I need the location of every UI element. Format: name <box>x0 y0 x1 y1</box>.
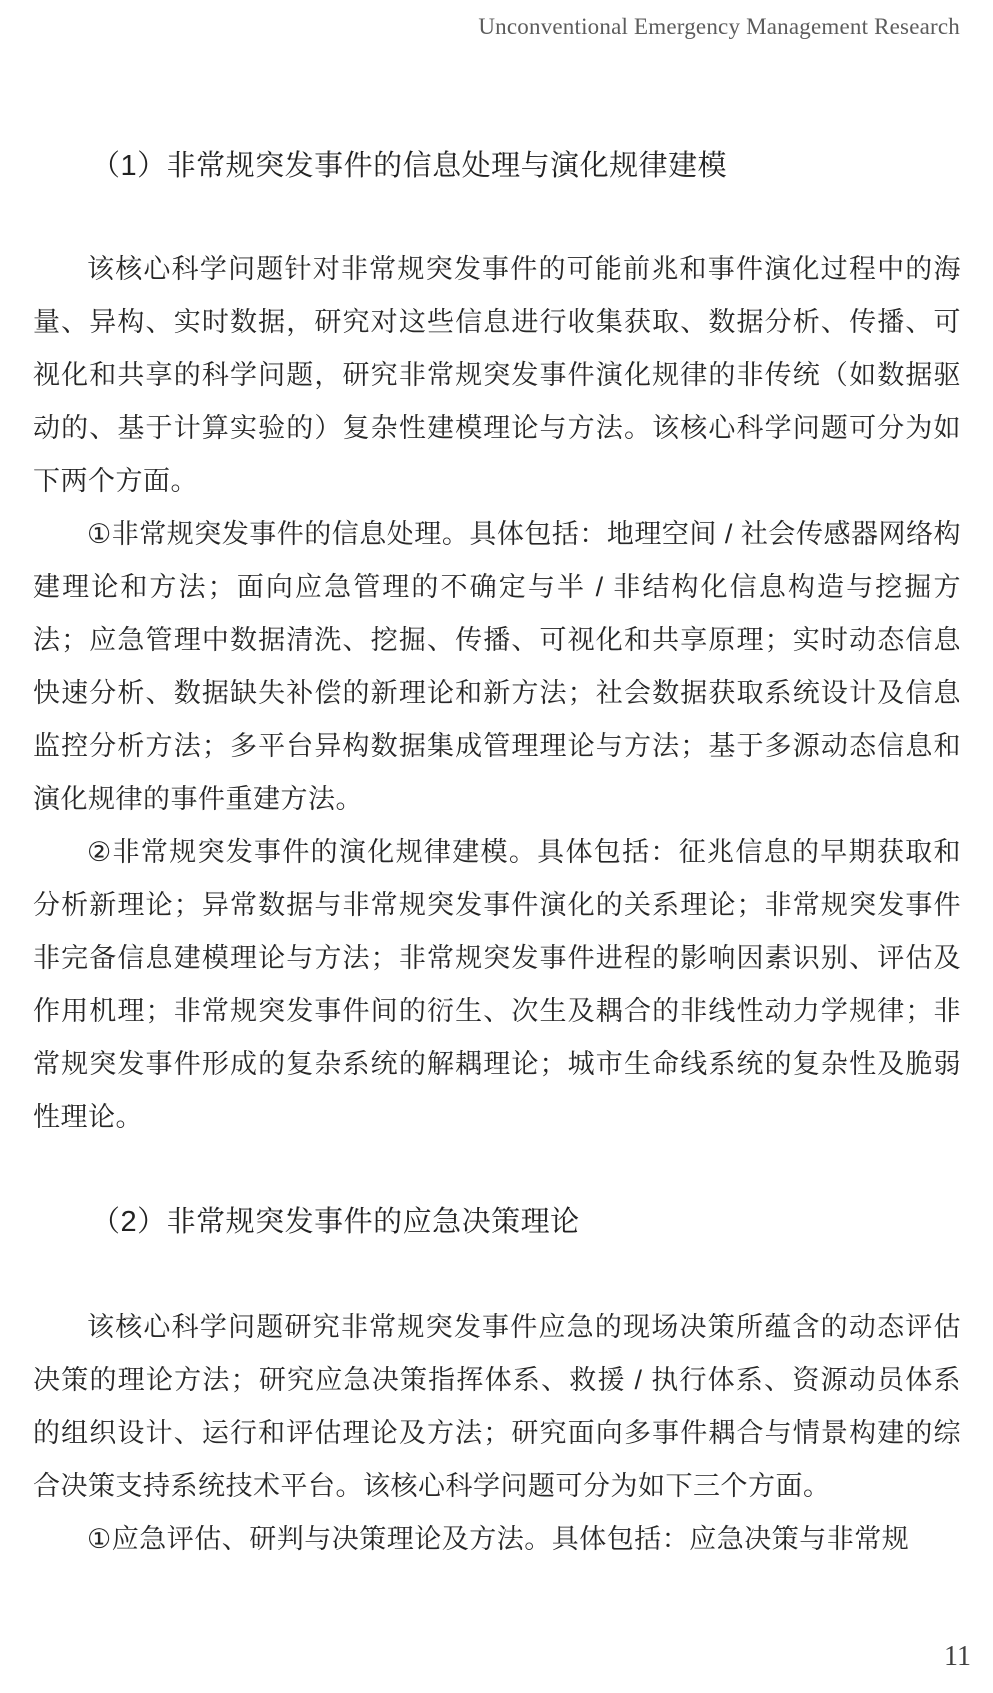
running-header: Unconventional Emergency Management Rese… <box>33 14 960 40</box>
page-content: （1）非常规突发事件的信息处理与演化规律建模 该核心科学问题针对非常规突发事件的… <box>33 140 961 1566</box>
section-2-paragraph-1: 该核心科学问题研究非常规突发事件应急的现场决策所蕴含的动态评估决策的理论方法；研… <box>33 1301 961 1513</box>
section-1-paragraph-1: 该核心科学问题针对非常规突发事件的可能前兆和事件演化过程中的海量、异构、实时数据… <box>33 243 961 508</box>
document-page: Unconventional Emergency Management Rese… <box>0 0 993 1693</box>
section-2-heading: （2）非常规突发事件的应急决策理论 <box>33 1196 961 1249</box>
section-1-heading: （1）非常规突发事件的信息处理与演化规律建模 <box>33 140 961 193</box>
section-2-paragraph-2: ①应急评估、研判与决策理论及方法。具体包括：应急决策与非常规 <box>33 1513 961 1566</box>
section-1-paragraph-2: ①非常规突发事件的信息处理。具体包括：地理空间 / 社会传感器网络构建理论和方法… <box>33 508 961 826</box>
page-number: 11 <box>944 1641 971 1673</box>
section-1-paragraph-3: ②非常规突发事件的演化规律建模。具体包括：征兆信息的早期获取和分析新理论；异常数… <box>33 826 961 1144</box>
